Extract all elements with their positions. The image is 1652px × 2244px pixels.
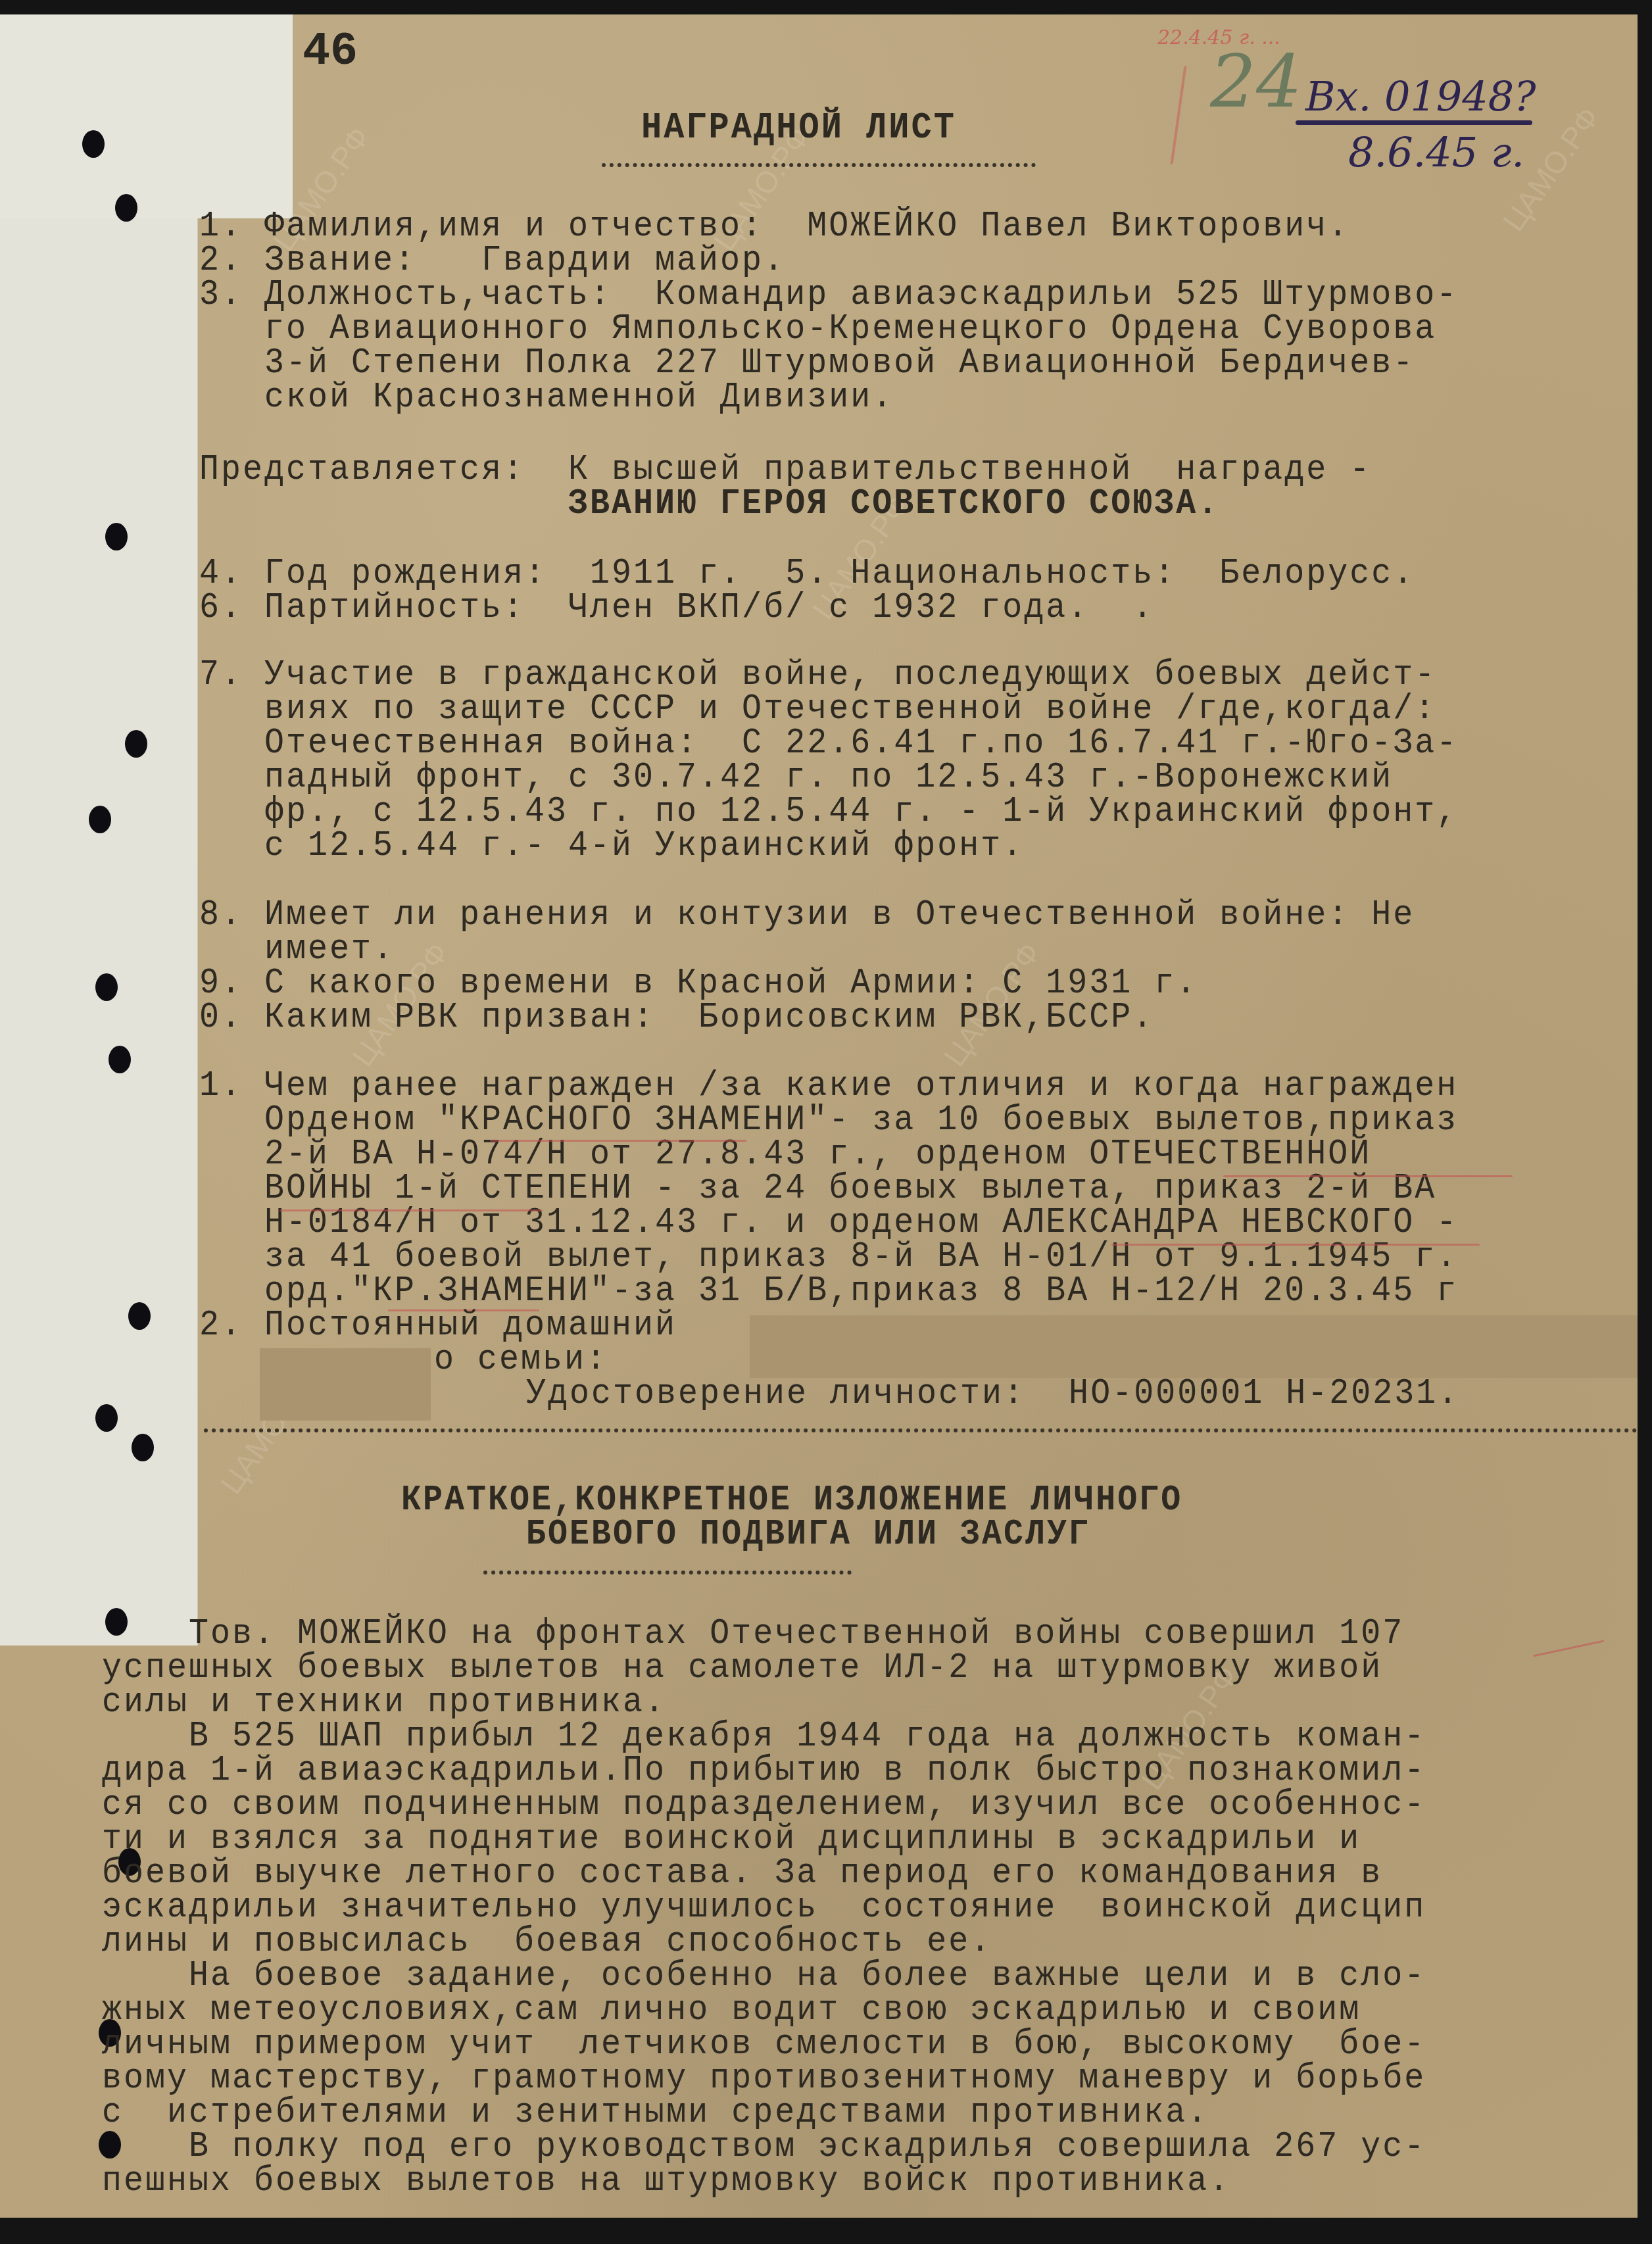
field-wounds-line2: имеет. (199, 932, 395, 967)
field-position-line1: 3. Должность,часть: Командир авиаэскадри… (199, 278, 1458, 313)
punch-hole (125, 730, 147, 758)
binding-strip-top (0, 14, 293, 218)
section-title-line1: КРАТКОЕ,КОНКРЕТНОЕ ИЗЛОЖЕНИЕ ЛИЧНОГО (401, 1483, 1182, 1519)
punch-hole (95, 973, 118, 1001)
section-title-underline (483, 1571, 852, 1574)
field-home-address-label: 2. Постоянный домашний (199, 1308, 677, 1344)
section-title-line2: БОЕВОГО ПОДВИГА ИЛИ ЗАСЛУГ (526, 1517, 1090, 1553)
citation-line: личным примером учит летчиков смелости в… (102, 2027, 1426, 2062)
field-party: 6. Партийность: Член ВКП/б/ с 1932 года.… (199, 591, 1154, 626)
registration-number: Вх. 01948? (1305, 72, 1536, 120)
punch-hole (82, 130, 105, 158)
identity-document: Удостоверение личности: НО-000001 Н-2023… (526, 1377, 1459, 1412)
citation-line: вому мастерству, грамотному противозенит… (102, 2061, 1426, 2097)
punch-hole (89, 806, 111, 833)
punch-hole (105, 523, 128, 550)
punch-hole (115, 194, 137, 222)
citation-line: силы и техники противника. (102, 1685, 666, 1720)
field-prior-awards-line7: орд."КР.ЗНАМЕНИ"-за 31 Б/В,приказ 8 ВА Н… (199, 1274, 1458, 1309)
field-birth-nationality: 4. Год рождения: 1911 г. 5. Национальнос… (199, 556, 1415, 592)
punch-hole (95, 1404, 118, 1432)
citation-line: успешных боевых вылетов на самолете ИЛ-2… (102, 1651, 1382, 1686)
sheet-number-annotation: 24 (1210, 39, 1302, 124)
citation-line: Тов. МОЖЕЙКО на фронтах Отечественной во… (102, 1617, 1404, 1652)
field-wounds-line1: 8. Имеет ли ранения и контузии в Отечест… (199, 898, 1415, 933)
field-position-line2: го Авиационного Ямпольско-Кременецкого О… (199, 312, 1436, 347)
registration-underline (1296, 120, 1532, 125)
field-war-participation-line3: Отечественная война: С 22.6.41 г.по 16.7… (199, 726, 1458, 762)
citation-line: с истребителями и зенитными средствами п… (102, 2095, 1209, 2131)
field-prior-awards-line3: 2-й ВА Н-074/Н от 27.8.43 г., орденом ОТ… (199, 1137, 1371, 1173)
citation-line: жных метеоусловиях,сам лично водит свою … (102, 1993, 1361, 2028)
nomination-line2: ЗВАНИЮ ГЕРОЯ СОВЕТСКОГО СОЮЗА. (199, 487, 1219, 522)
registration-date: 8.6.45 г. (1348, 128, 1524, 176)
nomination-line1: Представляется: К высшей правительственн… (199, 452, 1371, 488)
punch-hole (109, 1046, 131, 1073)
red-underline (1111, 1244, 1480, 1246)
document-title: НАГРАДНОЙ ЛИСТ (641, 110, 956, 146)
field-war-participation-line1: 7. Участие в гражданской войне, последую… (199, 658, 1436, 693)
field-prior-awards-line1: 1. Чем ранее награжден /за какие отличия… (199, 1069, 1458, 1104)
citation-line: В полку под его руководством эскадрилья … (102, 2130, 1426, 2165)
red-underline (490, 1140, 746, 1142)
section-divider (204, 1428, 1638, 1432)
field-war-participation-line6: с 12.5.44 г.- 4-й Украинский фронт. (199, 829, 1024, 864)
citation-line: ся со своим подчиненным подразделением, … (102, 1788, 1426, 1823)
field-rank: 2. Звание: Гвардии майор. (199, 243, 785, 279)
punch-hole (128, 1302, 151, 1330)
redacted-address (750, 1315, 1638, 1378)
citation-line: эскадрильи значительно улучшилось состоя… (102, 1890, 1426, 1926)
citation-line: В 525 ШАП прибыл 12 декабря 1944 года на… (102, 1719, 1426, 1755)
citation-line: На боевое задание, особенно на более важ… (102, 1959, 1426, 1994)
field-prior-awards-line2: Орденом "КРАСНОГО ЗНАМЕНИ"- за 10 боевых… (199, 1103, 1458, 1138)
field-army-since: 9. С какого времени в Красной Армии: С 1… (199, 966, 1198, 1002)
citation-line: дира 1-й авиаэскадрильи.По прибытию в по… (102, 1753, 1426, 1789)
field-war-participation-line5: фр., с 12.5.43 г. по 12.5.44 г. - 1-й Ук… (199, 794, 1458, 830)
title-underline (602, 163, 1036, 167)
field-war-participation-line4: падный фронт, с 30.7.42 г. по 12.5.43 г.… (199, 760, 1393, 796)
citation-line: пешных боевых вылетов на штурмовку войск… (102, 2164, 1230, 2199)
field-war-participation-line2: виях по защите СССР и Отечественной войн… (199, 692, 1436, 727)
punch-hole (132, 1434, 154, 1461)
red-underline (1223, 1175, 1513, 1177)
field-position-line4: ской Краснознаменной Дивизии. (199, 380, 894, 416)
field-family-address-label (199, 1342, 264, 1378)
redacted-address (260, 1348, 431, 1421)
field-draft-office: 0. Каким РВК призван: Борисовским РВК,БС… (199, 1000, 1154, 1036)
citation-line: лины и повысилась боевая способность ее. (102, 1924, 992, 1960)
field-full-name: 1. Фамилия,имя и отчество: МОЖЕЙКО Павел… (199, 209, 1349, 245)
field-family-address-label-tail: о семьи: (434, 1342, 608, 1378)
field-position-line3: 3-й Степени Полка 227 Штурмовой Авиацион… (199, 346, 1415, 381)
red-underline (279, 1209, 543, 1211)
citation-line: боевой выучке летного состава. За период… (102, 1856, 1382, 1891)
citation-line: ти и взялся за поднятие воинской дисципл… (102, 1822, 1361, 1857)
page-number: 46 (303, 26, 358, 78)
